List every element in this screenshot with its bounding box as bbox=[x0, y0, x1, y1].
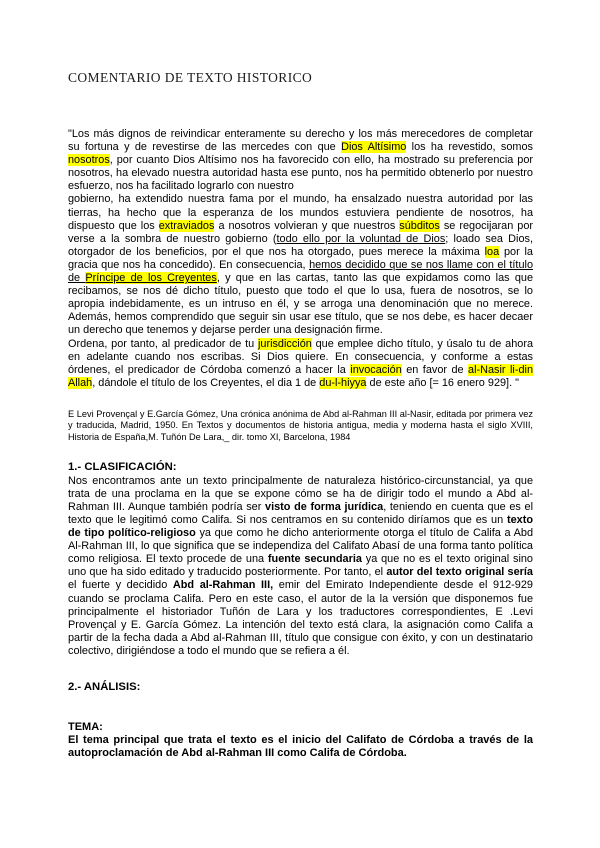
text-segment-hl: invocación bbox=[350, 364, 401, 376]
text-segment-b: fuente secundaria bbox=[268, 553, 362, 565]
text-segment-hl: Dios Altísimo bbox=[341, 141, 406, 153]
text-segment: Ordena, por tanto, al predicador de tu bbox=[68, 338, 258, 350]
source-citation: E Levi Provençal y E.García Gómez, Una c… bbox=[68, 409, 533, 444]
document-title: COMENTARIO DE TEXTO HISTORICO bbox=[68, 70, 533, 86]
text-segment: en favor de bbox=[402, 364, 468, 376]
text-segment-b: Abd al-Rahman III, bbox=[173, 579, 273, 591]
text-segment: de este año [= 16 enero 929]. " bbox=[366, 377, 519, 389]
text-segment: los ha revestido, somos bbox=[406, 141, 533, 153]
clasificacion-paragraph: Nos encontramos ante un texto principalm… bbox=[68, 475, 533, 658]
text-segment: , dándole el título de los Creyentes, el… bbox=[92, 377, 319, 389]
text-segment-b: visto de forma jurídica bbox=[265, 501, 383, 513]
text-segment: , por cuanto Dios Altísimo nos ha favore… bbox=[68, 154, 533, 192]
text-segment-hl: nosotros bbox=[68, 154, 110, 166]
text-segment-hl: du-l-hiyya bbox=[319, 377, 366, 389]
tema-paragraph: El tema principal que trata el texto es … bbox=[68, 734, 533, 760]
section-heading-clasificacion: 1.- CLASIFICACIÓN: bbox=[68, 460, 533, 474]
text-segment-hl: extraviados bbox=[159, 220, 215, 232]
text-segment-hl: jurisdicción bbox=[258, 338, 312, 350]
document-page: COMENTARIO DE TEXTO HISTORICO "Los más d… bbox=[0, 0, 600, 848]
text-segment: a nosotros volvieran y que nuestros bbox=[214, 220, 399, 232]
quoted-historical-text: "Los más dignos de reivindicar enteramen… bbox=[68, 128, 533, 390]
text-segment-hl: súbditos bbox=[399, 220, 440, 232]
tema-heading: TEMA: bbox=[68, 721, 533, 734]
text-segment-hl: loa bbox=[485, 246, 500, 258]
section-heading-analisis: 2.- ANÁLISIS: bbox=[68, 680, 533, 694]
text-segment: el fuerte y decidido bbox=[68, 579, 173, 591]
text-segment-b: autor del texto original sería bbox=[386, 566, 533, 578]
text-segment-hl-u: Príncipe de los Creyentes bbox=[85, 272, 216, 284]
text-segment-u: todo ello por la voluntad de Dios bbox=[277, 233, 446, 245]
